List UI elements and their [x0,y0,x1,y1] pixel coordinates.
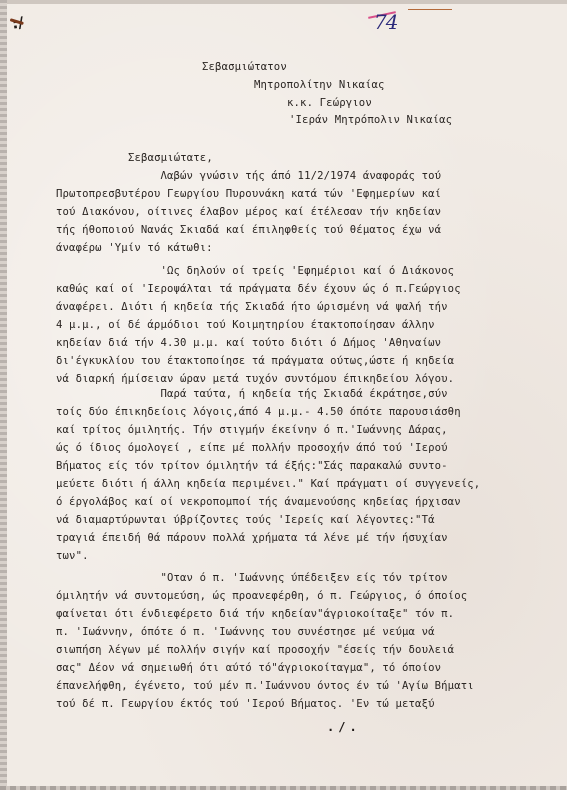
body-line: τού Διακόνου, οίτινες έλαβον μέρος καί έ… [56,206,441,218]
recipient-name: κ.κ. Γεώργιον [287,97,372,109]
body-line: τής ήθοποιού Νανάς Σκιαδά καί έπιληφθείς… [56,224,441,236]
body-line: τραγιά έπειδή θά πάρουν πολλά χρήματα τά… [56,532,448,544]
body-line: των". [56,550,89,562]
body-line: Παρά ταύτα, ή κηδεία τής Σκιαδά έκράτησε… [56,388,448,400]
body-line: ώς ό ίδιος όμολογεί , είπε μέ πολλήν προ… [56,442,448,454]
handwritten-corner-mark: :/ [11,13,25,32]
body-line: "Οταν ό π. 'Ιωάννης ύπέδειξεν είς τόν τρ… [56,572,448,584]
body-line: καθώς καί οί 'Ιεροψάλται τά πράγματα δέν… [56,283,461,295]
recipient-title: Σεβασμιώτατον [202,61,287,73]
continuation-mark: ./. [327,720,361,734]
body-line: 'Ως δηλούν οί τρείς 'Εφημέριοι καί ό Διά… [56,265,454,277]
body-line: Πρωτοπρεσβυτέρου Γεωργίου Πυρουνάκη κατά… [56,188,441,200]
body-line: σας" Δέον νά σημειωθή ότι αύτό τό"άγριοκ… [56,662,441,674]
handwritten-page-number: 74 [374,10,397,34]
body-line: τοίς δύο έπικηδείοις λόγοις,άπό 4 μ.μ.- … [56,406,461,418]
body-line: τού δέ π. Γεωργίου έκτός τού 'Ιερού Βήμα… [56,698,435,710]
body-line: καί τρίτος όμιλητής. Τήν στιγμήν έκείνην… [56,424,448,436]
body-line: άναφέρω 'Υμίν τό κάτωθι: [56,242,213,254]
body-line: έπανελήφθη, έγένετο, τού μέν π.'Ιωάννου … [56,680,474,692]
body-line: δι'έγκυκλίου του έτακτοποίησε τά πράγματ… [56,355,454,367]
body-line: Βήματος είς τόν τρίτον όμιλητήν τά έξής:… [56,460,448,472]
body-line: μεύετε διότι ή άλλη κηδεία περιμένει." Κ… [56,478,480,490]
body-line: νά διαμαρτύρωνται ύβρίζοντες τούς 'Ιερεί… [56,514,435,526]
scanned-letter-page: :/ 74 Σεβασμιώτατον Μητροπολίτην Νικαίας… [0,0,567,790]
recipient-office: Μητροπολίτην Νικαίας [254,79,385,91]
page-number-underline [408,9,452,10]
body-line: σιωπήση λέγων μέ πολλήν σιγήν καί προσοχ… [56,644,454,656]
body-line: όμιλητήν νά συντομεύση, ώς προανεφέρθη, … [56,590,467,602]
body-line: Λαβών γνώσιν τής άπό 11/2/1974 άναφοράς … [56,170,441,182]
body-line: ό έργολάβος καί οί νεκροπομποί τής άναμε… [56,496,461,508]
page-left-edge [0,0,7,790]
body-line: π. 'Ιωάννην, όπότε ό π. 'Ιωάννης του συν… [56,626,435,638]
salutation: Σεβασμιώτατε, [128,152,213,164]
body-line: κηδείαν διά τήν 4.30 μ.μ. καί τούτο διότ… [56,337,441,349]
body-line: νά διαρκή ήμίσειαν ώραν μετά τυχόν συντό… [56,373,454,385]
body-line: 4 μ.μ., οί δέ άρμόδιοι τού Κοιμητηρίου έ… [56,319,435,331]
recipient-location: 'Ιεράν Μητρόπολιν Νικαίας [289,114,452,126]
body-line: άναφέρει. Διότι ή κηδεία τής Σκιαδά ήτο … [56,301,448,313]
body-line: φαίνεται ότι ένδιεφέρετο διά τήν κηδείαν… [56,608,454,620]
page-top-edge [0,0,567,4]
page-bottom-edge [0,786,567,790]
